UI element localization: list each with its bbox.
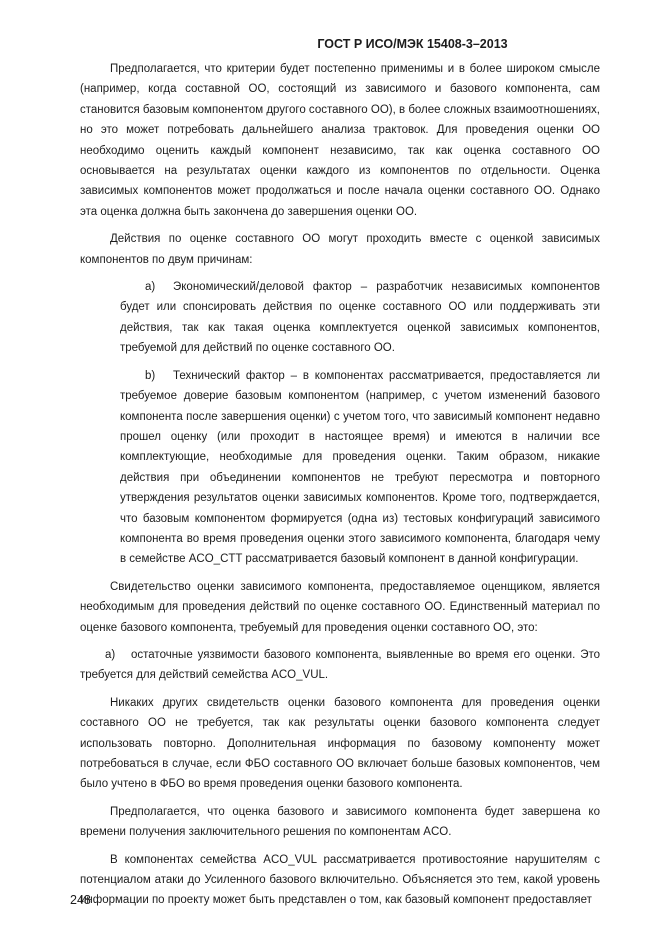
list-item-text: Экономический/деловой фактор – разработч… xyxy=(120,281,600,354)
paragraph: В компонентах семейства ACO_VUL рассматр… xyxy=(80,850,600,911)
document-page: ГОСТ Р ИСО/МЭК 15408-3–2013 Предполагает… xyxy=(0,0,661,935)
document-body: Предполагается, что критерии будет посте… xyxy=(80,59,600,911)
page-number: 248 xyxy=(70,893,91,907)
paragraph: Действия по оценке составного ОО могут п… xyxy=(80,229,600,270)
document-content: ГОСТ Р ИСО/МЭК 15408-3–2013 Предполагает… xyxy=(80,36,600,918)
list-item-text: Технический фактор – в компонентах рассм… xyxy=(120,370,600,566)
paragraph: Предполагается, что критерии будет посте… xyxy=(80,59,600,222)
list-item-marker: a) xyxy=(105,645,131,665)
list-item: a)остаточные уязвимости базового компоне… xyxy=(80,645,600,686)
paragraph: Предполагается, что оценка базового и за… xyxy=(80,802,600,843)
paragraph: Никаких других свидетельств оценки базов… xyxy=(80,693,600,795)
document-header: ГОСТ Р ИСО/МЭК 15408-3–2013 xyxy=(80,36,600,52)
list-item-marker: a) xyxy=(145,277,173,297)
list-item: b)Технический фактор – в компонентах рас… xyxy=(120,366,600,570)
list-item-text: остаточные уязвимости базового компонент… xyxy=(80,649,600,681)
list-item: a)Экономический/деловой фактор – разрабо… xyxy=(120,277,600,359)
list-item-marker: b) xyxy=(145,366,173,386)
paragraph: Свидетельство оценки зависимого компонен… xyxy=(80,577,600,638)
